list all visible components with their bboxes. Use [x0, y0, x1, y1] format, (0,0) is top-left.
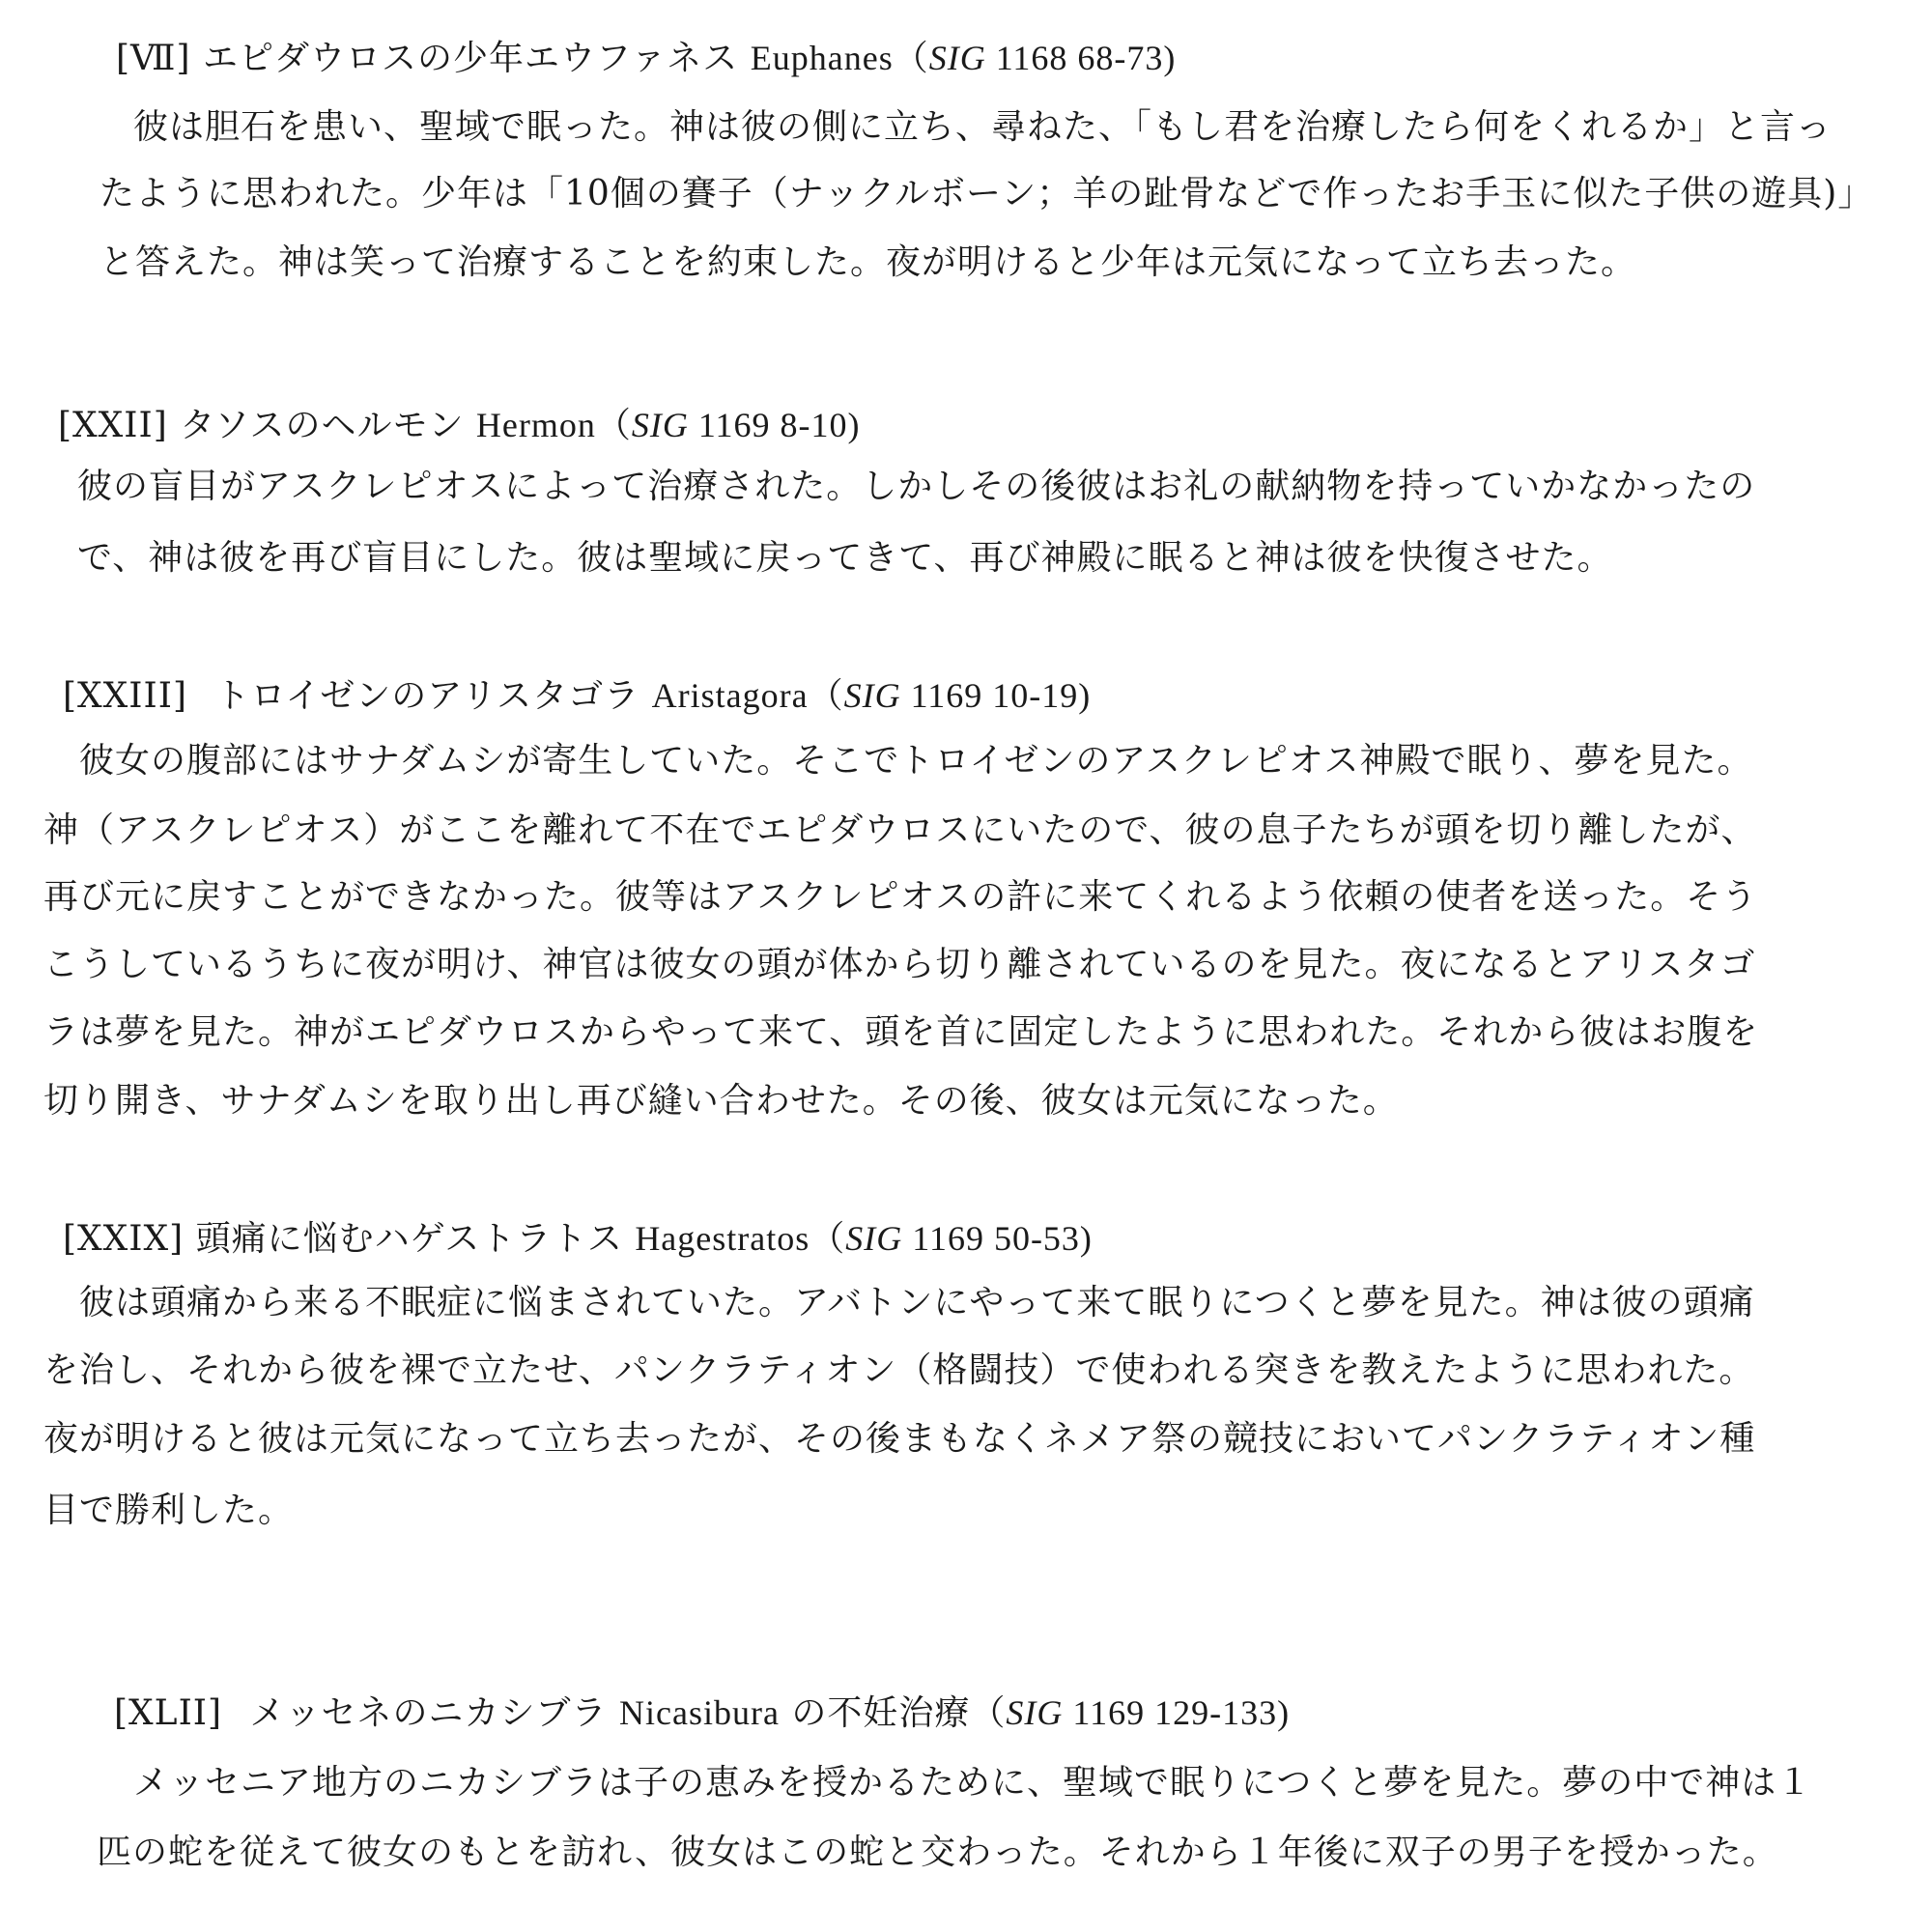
paragraph-line: 彼女の腹部にはサナダムシが寄生していた。そこでトロイゼンのアスクレピオス神殿で眠… — [79, 740, 1753, 782]
ref-numbers: 1169 8-10) — [689, 406, 861, 444]
paragraph-line: こうしているうちに夜が明け、神官は彼女の頭が体から切り離されているのを見た。夜に… — [43, 944, 1755, 986]
section-title-latin: Nicasibura — [619, 1693, 780, 1732]
ref-numbers: 1169 129-133) — [1063, 1693, 1290, 1732]
section-heading-vii: [Ⅶ] エピダウロスの少年エウファネス Euphanes（SIG 1168 68… — [116, 37, 1176, 80]
section-heading-xxiii: [XXIII] トロイゼンのアリスタゴラ Aristagora（SIG 1169… — [63, 674, 1091, 718]
ref-numbers: 1169 10-19) — [901, 676, 1092, 715]
paragraph-line: たように思われた。少年は「10個の賽子（ナックルボーン；羊の趾骨などで作ったお手… — [99, 173, 1873, 215]
section-number: [Ⅶ] — [116, 39, 191, 78]
section-number: [XXII] — [58, 406, 168, 445]
ref-source: SIG — [632, 406, 689, 444]
paragraph-line: 彼の盲目がアスクレピオスによって治療された。しかしその後彼はお礼の献納物を持って… — [77, 466, 1755, 508]
section-title-latin: Aristagora — [652, 676, 809, 715]
section-title-latin: Hermon — [476, 406, 596, 444]
ref-paren: （ — [809, 676, 844, 716]
paragraph-line: メッセニア地方のニカシブラは子の恵みを授かるために、聖域で眠りにつくと夢を見た。… — [133, 1762, 1812, 1804]
paragraph-line: を治し、それから彼を裸で立たせ、パンクラティオン（格闘技）で使われる突きを教えた… — [43, 1350, 1754, 1392]
paragraph-line: ラは夢を見た。神がエピダウロスからやって来て、頭を首に固定したように思われた。そ… — [43, 1011, 1758, 1054]
ref-numbers: 1169 50-53) — [902, 1219, 1093, 1258]
section-title-ja: タソスのヘルモン — [180, 406, 464, 445]
ref-source: SIG — [1006, 1693, 1063, 1732]
section-title-latin: Hagestratos — [635, 1219, 810, 1258]
section-heading-xxix: [XXIX] 頭痛に悩むハゲストラトス Hagestratos（SIG 1169… — [63, 1217, 1093, 1261]
ref-source: SIG — [844, 676, 901, 715]
paragraph-line: で、神は彼を再び盲目にした。彼は聖域に戻ってきて、再び神殿に眠ると神は彼を快復さ… — [77, 537, 1613, 580]
section-number: [XXIX] — [63, 1219, 184, 1259]
paragraph-line: 彼は頭痛から来る不眠症に悩まされていた。アバトンにやって来て眠りにつくと夢を見た… — [79, 1282, 1755, 1324]
paragraph-line: 切り開き、サナダムシを取り出し再び縫い合わせた。その後、彼女は元気になった。 — [43, 1080, 1399, 1122]
ref-paren: （ — [596, 406, 632, 445]
section-number: [XXIII] — [63, 676, 187, 716]
section-title-ja: エピダウロスの少年エウファネス — [203, 39, 738, 78]
section-heading-xlii: [XLII] メッセネのニカシブラ Nicasibura の不妊治療（SIG 1… — [114, 1691, 1290, 1735]
paragraph-line: 目で勝利した。 — [43, 1490, 294, 1532]
ref-source: SIG — [845, 1219, 902, 1258]
ref-source: SIG — [929, 39, 986, 77]
section-title-suffix: の不妊治療 — [791, 1693, 970, 1733]
ref-paren: （ — [810, 1219, 845, 1259]
paragraph-line: 再び元に戻すことができなかった。彼等はアスクレピオスの許に来てくれるよう依頼の使… — [43, 876, 1757, 919]
paragraph-line: と答えた。神は笑って治療することを約束した。夜が明けると少年は元気になって立ち去… — [99, 241, 1636, 284]
section-heading-xxii: [XXII] タソスのヘルモン Hermon（SIG 1169 8-10) — [58, 404, 861, 447]
ref-paren: （ — [970, 1693, 1006, 1733]
section-title-ja: 頭痛に悩むハゲストラトス — [196, 1219, 623, 1259]
section-title-latin: Euphanes — [751, 39, 894, 77]
paragraph-line: 神（アスクレピオス）がここを離れて不在でエピダウロスにいたので、彼の息子たちが頭… — [43, 810, 1756, 852]
section-number: [XLII] — [114, 1693, 222, 1733]
paragraph-line: 夜が明けると彼は元気になって立ち去ったが、その後まもなくネメア祭の競技においてパ… — [43, 1418, 1755, 1461]
section-title-ja: メッセネのニカシブラ — [250, 1693, 608, 1733]
ref-paren: （ — [894, 39, 929, 78]
paragraph-line: 匹の蛇を従えて彼女のもとを訪れ、彼女はこの蛇と交わった。それから１年後に双子の男… — [97, 1832, 1778, 1874]
ref-numbers: 1168 68-73) — [986, 39, 1177, 77]
paragraph-line: 彼は胆石を患い、聖域で眠った。神は彼の側に立ち、尋ねた、「もし君を治療したら何を… — [133, 106, 1832, 149]
section-title-ja: トロイゼンのアリスタゴラ — [214, 676, 639, 716]
